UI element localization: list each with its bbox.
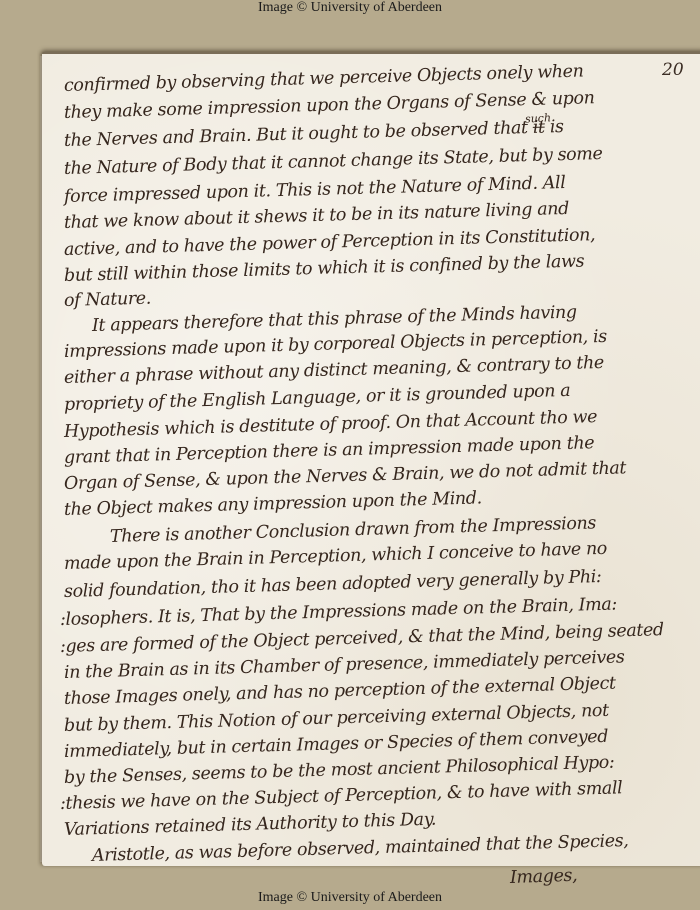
image-credit-bottom: Image © University of Aberdeen bbox=[0, 890, 700, 906]
folio-number: 20 bbox=[662, 60, 684, 80]
image-credit-top: Image © University of Aberdeen bbox=[0, 0, 700, 16]
text-line: of Nature. bbox=[64, 289, 151, 311]
interlined-correction: such bbox=[525, 111, 552, 125]
catchword: Images, bbox=[510, 866, 578, 888]
